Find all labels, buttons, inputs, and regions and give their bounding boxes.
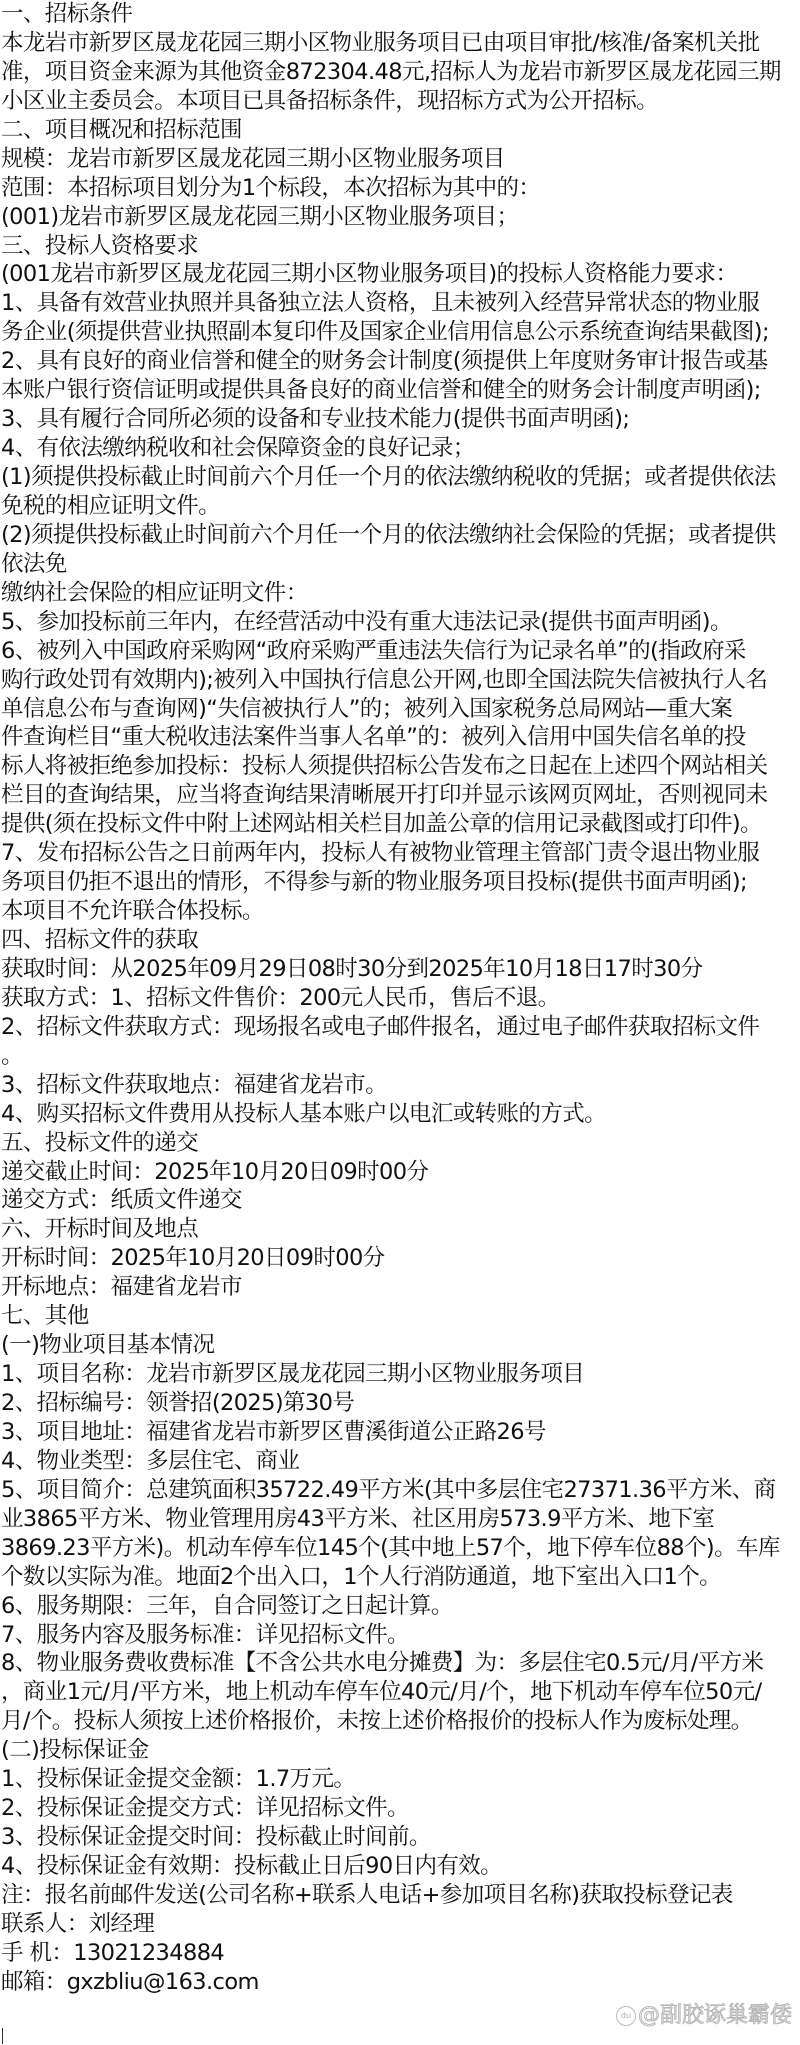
paragraph-line: 规模：龙岩市新罗区晟龙花园三期小区物业服务项目	[1, 145, 799, 174]
list-item-line: 标人将被拒绝参加投标：投标人须提供招标公告发布之日起在上述四个网站相关	[1, 752, 799, 781]
paragraph-line: 小区业主委员会。本项目已具备招标条件，现招标方式为公开招标。	[1, 87, 799, 116]
section-heading-line: 五、投标文件的递交	[1, 1129, 799, 1158]
tender-announcement-document: 一、招标条件本龙岩市新罗区晟龙花园三期小区物业服务项目已由项目审批/核准/备案机…	[1, 0, 799, 1997]
section-heading-line: 七、其他	[1, 1302, 799, 1331]
list-item-line: 3869.23平方米)。机动车停车位145个(其中地上57个，地下停车位88个)…	[1, 1534, 799, 1563]
list-item-line: 栏目的查询结果，应当将查询结果清晰展开打印并显示该网页网址，否则视同未	[1, 781, 799, 810]
section-heading-line: 二、项目概况和招标范围	[1, 116, 799, 145]
list-item-line: 本账户银行资信证明或提供具备良好的商业信誉和健全的财务会计制度声明函);	[1, 376, 799, 405]
paragraph-line: (001龙岩市新罗区晟龙花园三期小区物业服务项目)的投标人资格能力要求：	[1, 260, 799, 289]
section-heading-line: 三、投标人资格要求	[1, 232, 799, 261]
list-item-line: 务项目仍拒不退出的情形，不得参与新的物业服务项目投标(提供书面声明函);	[1, 868, 799, 897]
list-item-line: 5、项目简介：总建筑面积35722.49平方米(其中多层住宅27371.36平方…	[1, 1476, 799, 1505]
section-heading-line: 六、开标时间及地点	[1, 1215, 799, 1244]
list-item-line: 个数以实际为准。地面2个出入口，1个人行消防通道，地下室出入口1个。	[1, 1563, 799, 1592]
list-item-line: 6、被列入中国政府采购网“政府采购严重违法失信行为记录名单”的(指政府采	[1, 637, 799, 666]
paragraph-line: 开标地点：福建省龙岩市	[1, 1273, 799, 1302]
paragraph-line: 注：报名前邮件发送(公司名称+联系人电话+参加项目名称)获取投标登记表	[1, 1881, 799, 1910]
watermark-text: @副胶诼巢霸倭	[638, 2003, 792, 2028]
subsection-heading-line: (一)物业项目基本情况	[1, 1331, 799, 1360]
list-item-line: 件查询栏目“重大税收违法案件当事人名单”的：被列入信用中国失信名单的投	[1, 723, 799, 752]
paragraph-line: (001)龙岩市新罗区晟龙花园三期小区物业服务项目；	[1, 203, 799, 232]
list-item-line: 2、投标保证金提交方式：详见招标文件。	[1, 1794, 799, 1823]
list-item-line: 1、具备有效营业执照并具备独立法人资格，且未被列入经营异常状态的物业服	[1, 289, 799, 318]
list-item-line: 单信息公布与查询网)“失信被执行人”的；被列入国家税务总局网站—重大案	[1, 695, 799, 724]
contact-line: 联系人：刘经理	[1, 1910, 799, 1939]
paragraph-line: 获取方式：1、招标文件售价：200元人民币，售后不退。	[1, 984, 799, 1013]
list-item-line: 月/个。投标人须按上述价格报价，未按上述价格报价的投标人作为废标处理。	[1, 1707, 799, 1736]
list-item-line: 2、招标文件获取方式：现场报名或电子邮件报名，通过电子邮件获取招标文件	[1, 1013, 799, 1042]
list-item-line: 购行政处罚有效期内);被列入中国执行信息公开网,也即全国法院失信被执行人名	[1, 666, 799, 695]
list-item-line: 2、具有良好的商业信誉和健全的财务会计制度(须提供上年度财务审计报告或基	[1, 347, 799, 376]
list-item-line: 1、投标保证金提交金额：1.7万元。	[1, 1765, 799, 1794]
list-item-line: 2、招标编号：领誉招(2025)第30号	[1, 1389, 799, 1418]
list-item-line: 缴纳社会保险的相应证明文件：	[1, 579, 799, 608]
subsection-heading-line: (二)投标保证金	[1, 1736, 799, 1765]
list-item-line: 4、购买招标文件费用从投标人基本账户以电汇或转账的方式。	[1, 1100, 799, 1129]
list-item-line: 4、有依法缴纳税收和社会保障资金的良好记录；	[1, 434, 799, 463]
list-item-line: 免税的相应证明文件。	[1, 492, 799, 521]
text-cursor	[2, 2028, 3, 2044]
list-item-line: 6、服务期限：三年，自合同签订之日起计算。	[1, 1592, 799, 1621]
list-item-line: (1)须提供投标截止时间前六个月任一个月的依法缴纳税收的凭据；或者提供依法	[1, 463, 799, 492]
list-item-line: 。	[1, 1042, 799, 1071]
list-item-line: 业3865平方米、物业管理用房43平方米、社区用房573.9平方米、地下室	[1, 1505, 799, 1534]
list-item-line: 3、具有履行合同所必须的设备和专业技术能力(提供书面声明函);	[1, 405, 799, 434]
section-heading-line: 四、招标文件的获取	[1, 926, 799, 955]
paragraph-line: 本项目不允许联合体投标。	[1, 897, 799, 926]
section-heading-line: 一、招标条件	[1, 0, 799, 29]
paragraph-line: 本龙岩市新罗区晟龙花园三期小区物业服务项目已由项目审批/核准/备案机关批	[1, 29, 799, 58]
list-item-line: 务企业(须提供营业执照副本复印件及国家企业信用信息公示系统查询结果截图);	[1, 318, 799, 347]
list-item-line: (2)须提供投标截止时间前六个月任一个月的依法缴纳社会保险的凭据；或者提供	[1, 521, 799, 550]
list-item-line: 3、项目地址：福建省龙岩市新罗区曹溪街道公正路26号	[1, 1418, 799, 1447]
list-item-line: 提供(须在投标文件中附上述网站相关栏目加盖公章的信用记录截图或打印件)。	[1, 810, 799, 839]
contact-line: 手 机：13021234884	[1, 1939, 799, 1968]
list-item-line: 7、服务内容及服务标准：详见招标文件。	[1, 1621, 799, 1650]
paragraph-line: 开标时间：2025年10月20日09时00分	[1, 1244, 799, 1273]
list-item-line: 5、参加投标前三年内，在经营活动中没有重大违法记录(提供书面声明函)。	[1, 608, 799, 637]
paw-logo-icon: du	[616, 2006, 636, 2026]
list-item-line: 4、物业类型：多层住宅、商业	[1, 1447, 799, 1476]
paragraph-line: 范围：本招标项目划分为1个标段，本次招标为其中的：	[1, 174, 799, 203]
paragraph-line: 准，项目资金来源为其他资金872304.48元,招标人为龙岩市新罗区晟龙花园三期	[1, 58, 799, 87]
paragraph-line: 递交方式：纸质文件递交	[1, 1186, 799, 1215]
list-item-line: 依法免	[1, 550, 799, 579]
contact-line: 邮箱：gxzbliu@163.com	[1, 1968, 799, 1997]
list-item-line: 3、投标保证金提交时间：投标截止时间前。	[1, 1823, 799, 1852]
paragraph-line: 获取时间：从2025年09月29日08时30分到2025年10月18日17时30…	[1, 955, 799, 984]
watermark: du@副胶诼巢霸倭	[616, 1998, 792, 2029]
paragraph-line: 递交截止时间：2025年10月20日09时00分	[1, 1158, 799, 1187]
list-item-line: 7、发布招标公告之日前两年内，投标人有被物业管理主管部门责令退出物业服	[1, 839, 799, 868]
list-item-line: 3、招标文件获取地点：福建省龙岩市。	[1, 1071, 799, 1100]
list-item-line: 4、投标保证金有效期：投标截止日后90日内有效。	[1, 1852, 799, 1881]
list-item-line: 8、物业服务费收费标准【不含公共水电分摊费】为：多层住宅0.5元/月/平方米	[1, 1649, 799, 1678]
list-item-line: 1、项目名称：龙岩市新罗区晟龙花园三期小区物业服务项目	[1, 1360, 799, 1389]
list-item-line: ，商业1元/月/平方米，地上机动车停车位40元/月/个，地下机动车停车位50元/	[1, 1678, 799, 1707]
